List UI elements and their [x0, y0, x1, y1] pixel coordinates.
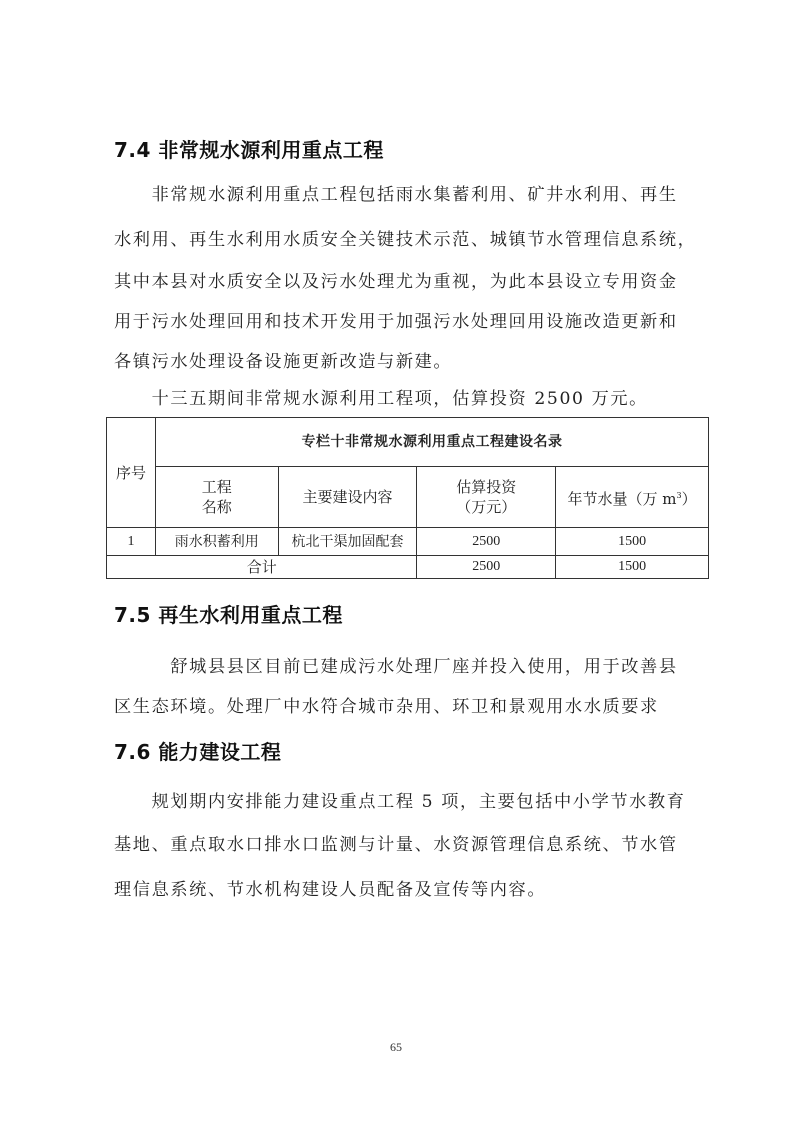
paragraph-line: 各镇污水处理设备设施更新改造与新建。	[114, 347, 452, 372]
row-name: 雨水积蓄利用	[155, 528, 278, 556]
header-text: 名称	[156, 497, 278, 517]
col-name-header: 工程 名称	[155, 467, 278, 528]
table-title: 专栏十非常规水源利用重点工程建设名录	[155, 418, 708, 467]
header-text: ）	[682, 490, 697, 508]
header-text: （万元）	[417, 497, 555, 517]
total-investment: 2500	[417, 556, 556, 579]
header-text: 估算投资	[417, 477, 555, 497]
col-water-header: 年节水量（万 m3）	[556, 467, 709, 528]
col-index-header: 序号	[107, 418, 156, 528]
section-heading-7-6: 7.6 能力建设工程	[114, 736, 281, 765]
paragraph-line: 用于污水处理回用和技术开发用于加强污水处理回用设施改造更新和	[114, 307, 678, 332]
total-label: 合计	[107, 556, 417, 579]
paragraph-line: 理信息系统、节水机构建设人员配备及宣传等内容。	[114, 875, 546, 900]
section-heading-7-4: 7.4 非常规水源利用重点工程	[114, 134, 384, 163]
col-investment-header: 估算投资 （万元）	[417, 467, 556, 528]
paragraph-line: 区生态环境。处理厂中水符合城市杂用、环卫和景观用水水质要求	[114, 692, 659, 717]
header-text: 工程	[156, 477, 278, 497]
paragraph-line: 其中本县对水质安全以及污水处理尤为重视，为此本县设立专用资金	[114, 267, 678, 292]
table-row: 1 雨水积蓄利用 杭北干渠加固配套 2500 1500	[107, 528, 709, 556]
row-content: 杭北干渠加固配套	[278, 528, 417, 556]
paragraph-line: 舒城县县区目前已建成污水处理厂座并投入使用，用于改善县	[114, 652, 678, 677]
row-investment: 2500	[417, 528, 556, 556]
paragraph-line: 规划期内安排能力建设重点工程 5 项，主要包括中小学节水教育	[114, 787, 686, 812]
page-number: 65	[390, 1040, 402, 1055]
col-content-header: 主要建设内容	[278, 467, 417, 528]
section-heading-7-5: 7.5 再生水利用重点工程	[114, 599, 343, 628]
row-water-saving: 1500	[556, 528, 709, 556]
project-table: 序号 专栏十非常规水源利用重点工程建设名录 工程 名称 主要建设内容 估算投资 …	[106, 417, 709, 579]
paragraph-line: 十三五期间非常规水源利用工程项，估算投资 2500 万元。	[114, 384, 648, 409]
header-text: 年节水量（万 m	[568, 490, 677, 508]
paragraph-line: 非常规水源利用重点工程包括雨水集蓄利用、矿井水利用、再生	[114, 180, 678, 205]
total-water-saving: 1500	[556, 556, 709, 579]
paragraph-line: 基地、重点取水口排水口监测与计量、水资源管理信息系统、节水管	[114, 830, 678, 855]
row-index: 1	[107, 528, 156, 556]
paragraph-line: 水利用、再生水利用水质安全关键技术示范、城镇节水管理信息系统，	[114, 225, 696, 250]
total-row: 合计 2500 1500	[107, 556, 709, 579]
